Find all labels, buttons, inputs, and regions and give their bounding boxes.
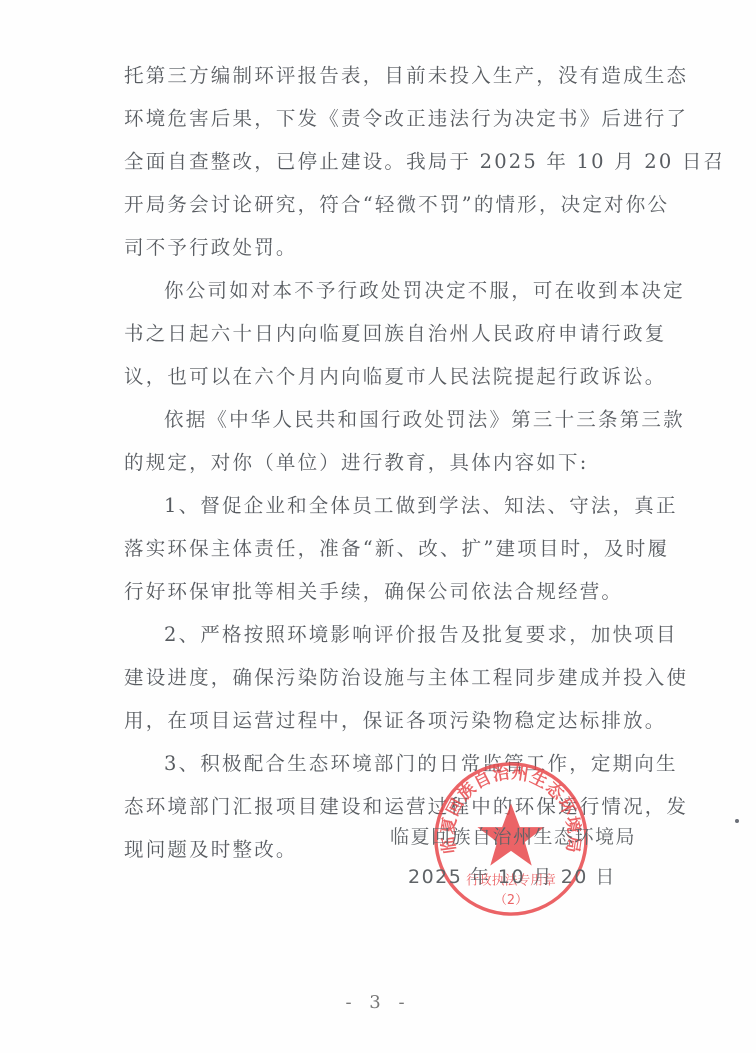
body-text-line: 用，在项目运营过程中，保证各项污染物稳定达标排放。	[124, 707, 644, 735]
body-text-line: 建设进度，确保污染防治设施与主体工程同步建成并投入使	[124, 664, 644, 692]
document-page: 托第三方编制环评报告表，目前未投入生产，没有造成生态 环境危害后果，下发《责令改…	[0, 0, 756, 1053]
body-text-line: 开局务会讨论研究，符合“轻微不罚”的情形，决定对你公	[124, 191, 644, 219]
body-text-line: 托第三方编制环评报告表，目前未投入生产，没有造成生态	[124, 62, 644, 90]
body-text-line: 你公司如对本不予行政处罚决定不服，可在收到本决定	[164, 277, 684, 305]
body-text-line: 书之日起六十日内向临夏回族自治州人民政府申请行政复	[124, 320, 644, 348]
body-text-line: 司不予行政处罚。	[124, 234, 644, 262]
list-item-3: 3、积极配合生态环境部门的日常监管工作，定期向生	[164, 750, 684, 778]
scan-speck	[735, 819, 739, 823]
body-text-line: 依据《中华人民共和国行政处罚法》第三十三条第三款	[164, 406, 684, 434]
issuer-name: 临夏回族自治州生态环境局	[390, 822, 636, 849]
body-text-line: 行好环保审批等相关手续，确保公司依法合规经营。	[124, 578, 644, 606]
list-item-1: 1、督促企业和全体员工做到学法、知法、守法，真正	[164, 492, 684, 520]
seal-number: （2）	[494, 893, 528, 908]
page-number: - 3 -	[0, 992, 756, 1013]
body-text-line: 议，也可以在六个月内向临夏市人民法院提起行政诉讼。	[124, 363, 644, 391]
body-text-line: 的规定，对你（单位）进行教育，具体内容如下:	[124, 449, 644, 477]
body-text-line: 环境危害后果，下发《责令改正违法行为决定书》后进行了	[124, 105, 644, 133]
body-text-line: 落实环保主体责任，准备“新、改、扩”建项目时，及时履	[124, 535, 644, 563]
list-item-2: 2、严格按照环境影响评价报告及批复要求，加快项目	[164, 621, 684, 649]
issue-date: 2025 年 10 月 20 日	[408, 862, 616, 889]
body-text-line: 全面自查整改，已停止建设。我局于 2025 年 10 月 20 日召	[124, 148, 644, 176]
